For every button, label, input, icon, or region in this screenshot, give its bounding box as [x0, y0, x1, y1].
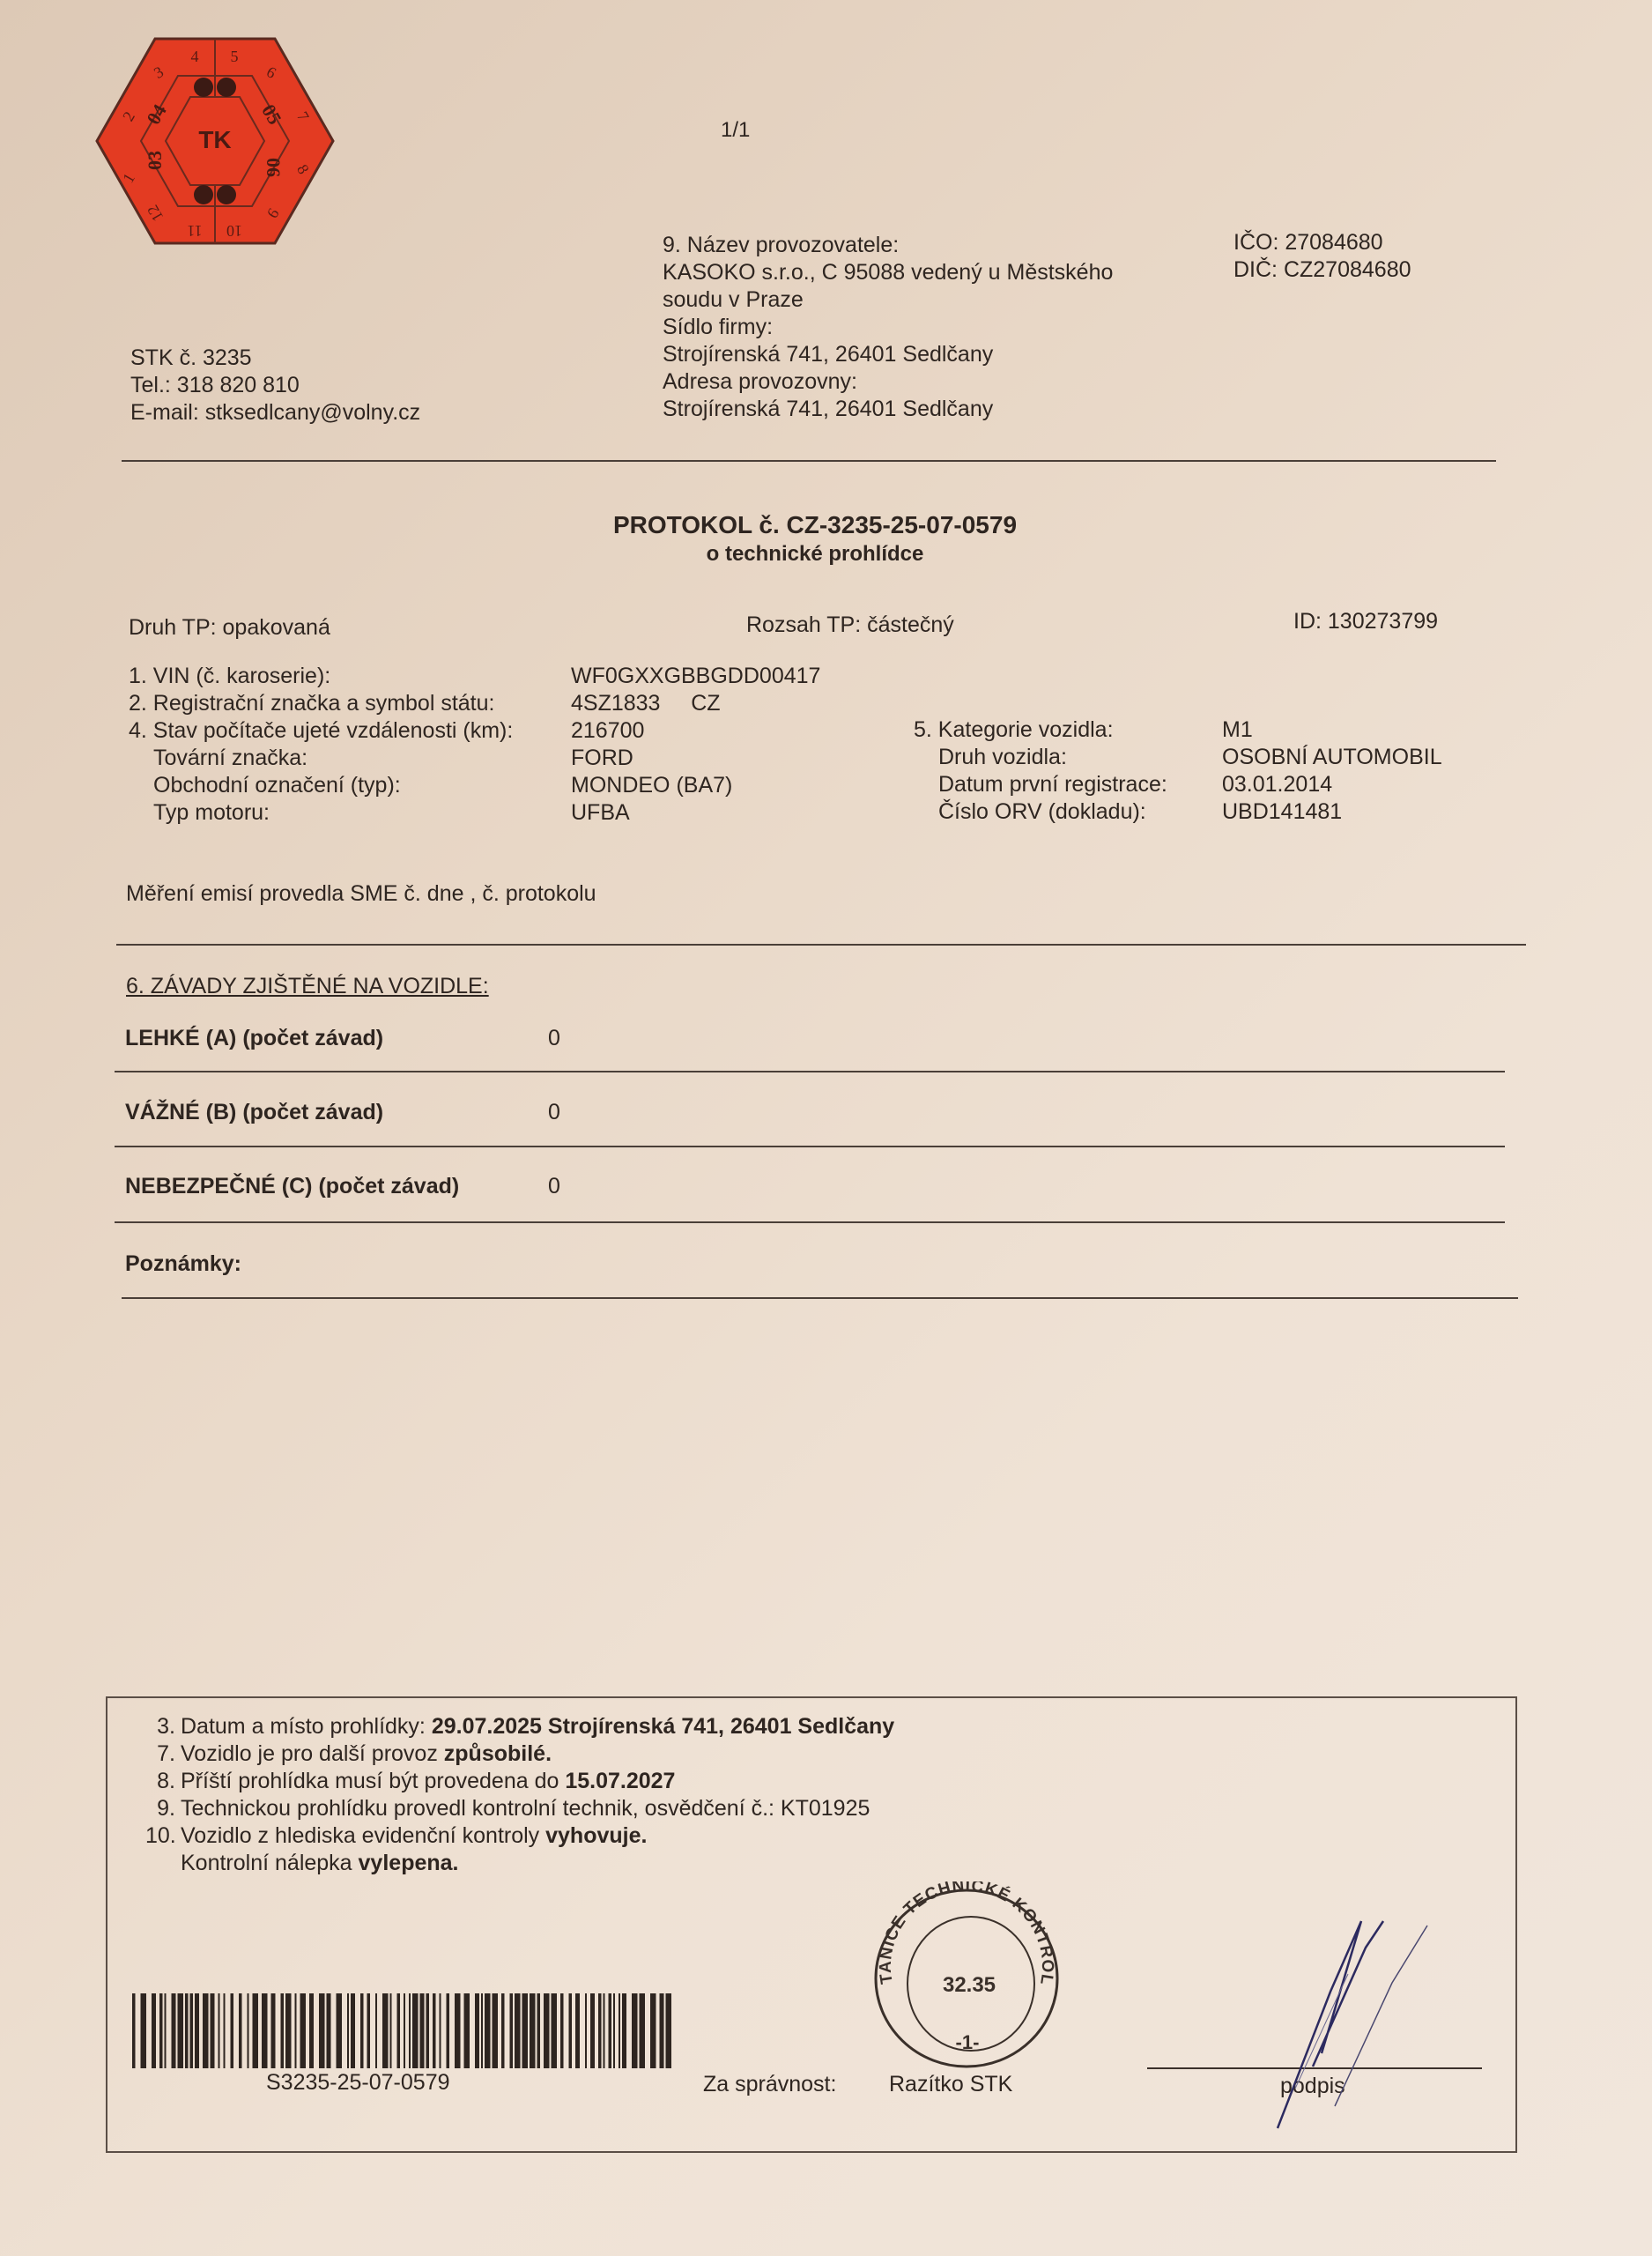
page-number: 1/1	[721, 118, 750, 143]
svg-text:5: 5	[231, 48, 239, 65]
summary-line: 3.Datum a místo prohlídky: 29.07.2025 St…	[145, 1713, 894, 1740]
za-spravnost-label: Za správnost:	[703, 2071, 836, 2098]
svg-text:03: 03	[144, 151, 166, 170]
operator-name: KASOKO s.r.o., C 95088 vedený u Městskéh…	[663, 259, 1113, 286]
vehicle-field-label: Typ motoru:	[129, 799, 571, 827]
divider	[115, 1071, 1505, 1072]
notes-label: Poznámky:	[125, 1250, 241, 1278]
defects-light-label: LEHKÉ (A) (počet závad)	[125, 1025, 383, 1052]
vehicle-field-value: MONDEO (BA7)	[571, 772, 820, 799]
summary-line: 8.Příští prohlídka musí být provedena do…	[145, 1768, 894, 1795]
vehicle-field-label: Druh vozidla:	[914, 744, 1222, 771]
protocol-id: ID: 130273799	[1293, 608, 1438, 635]
vehicle-field-label: 4. Stav počítače ujeté vzdálenosti (km):	[129, 717, 571, 745]
summary-line: 10.Vozidlo z hlediska evidenční kontroly…	[145, 1822, 894, 1850]
inspection-type: Druh TP: opakovaná	[129, 614, 330, 642]
seat-address: Strojírenská 741, 26401 Sedlčany	[663, 341, 1113, 368]
divider	[116, 944, 1526, 946]
summary-line: 9.Technickou prohlídku provedl kontrolní…	[145, 1795, 894, 1822]
svg-text:32.35: 32.35	[943, 1973, 996, 1997]
divider	[115, 1221, 1505, 1223]
operator-info: 9. Název provozovatele: KASOKO s.r.o., C…	[663, 232, 1113, 423]
operator-name-cont: soudu v Praze	[663, 286, 1113, 314]
vehicle-field-label: 1. VIN (č. karoserie):	[129, 663, 571, 690]
divider	[122, 460, 1496, 462]
vehicle-details-left: 1. VIN (č. karoserie):WF0GXXGBBGDD004172…	[129, 663, 820, 827]
vehicle-field-value: 03.01.2014	[1222, 771, 1442, 798]
station-email: E-mail: stksedlcany@volny.cz	[130, 399, 420, 427]
defects-dangerous-label: NEBEZPEČNÉ (C) (počet závad)	[125, 1173, 459, 1200]
defects-serious-count: 0	[548, 1099, 560, 1126]
svg-text:4: 4	[191, 48, 199, 65]
premises-address: Strojírenská 741, 26401 Sedlčany	[663, 396, 1113, 423]
vehicle-field-label: Tovární značka:	[129, 745, 571, 772]
inspection-scope: Rozsah TP: částečný	[746, 612, 954, 639]
station-number: STK č. 3235	[130, 345, 420, 372]
stamp-label: Razítko STK	[889, 2071, 1012, 2098]
emissions-note: Měření emisí provedla SME č. dne , č. pr…	[126, 880, 596, 908]
seat-label: Sídlo firmy:	[663, 314, 1113, 341]
vehicle-field-label: Obchodní označení (typ):	[129, 772, 571, 799]
tax-ids: IČO: 27084680 DIČ: CZ27084680	[1233, 229, 1411, 284]
vehicle-field-label: Datum první registrace:	[914, 771, 1222, 798]
station-info: STK č. 3235 Tel.: 318 820 810 E-mail: st…	[130, 345, 420, 427]
barcode-number: S3235-25-07-0579	[266, 2069, 450, 2096]
vehicle-field-value: UBD141481	[1222, 798, 1442, 826]
protocol-title: PROTOKOL č. CZ-3235-25-07-0579	[0, 511, 1630, 539]
dic: DIČ: CZ27084680	[1233, 256, 1411, 284]
vehicle-field-value: WF0GXXGBBGDD00417	[571, 663, 820, 690]
summary-line: Kontrolní nálepka vylepena.	[145, 1850, 894, 1877]
defects-heading: 6. ZÁVADY ZJIŠTĚNÉ NA VOZIDLE:	[126, 973, 489, 1000]
ico: IČO: 27084680	[1233, 229, 1411, 256]
svg-text:-1-: -1-	[956, 2031, 980, 2053]
vehicle-field-label: 5. Kategorie vozidla:	[914, 716, 1222, 744]
premises-label: Adresa provozovny:	[663, 368, 1113, 396]
vehicle-field-value: M1	[1222, 716, 1442, 744]
defects-dangerous-count: 0	[548, 1173, 560, 1200]
operator-heading: 9. Název provozovatele:	[663, 232, 1113, 259]
barcode	[132, 1993, 678, 2068]
technical-inspection-sticker: TK 123456789101112 03040506	[95, 37, 335, 245]
defects-serious-label: VÁŽNÉ (B) (počet závad)	[125, 1099, 383, 1126]
divider	[122, 1297, 1518, 1299]
inspection-summary: 3.Datum a místo prohlídky: 29.07.2025 St…	[145, 1713, 894, 1877]
defects-light-count: 0	[548, 1025, 560, 1052]
vehicle-field-label: 2. Registrační značka a symbol státu:	[129, 690, 571, 717]
signature	[1260, 1912, 1454, 2133]
vehicle-field-value: FORD	[571, 745, 820, 772]
svg-text:STANICE TECHNICKÉ KONTROLY: STANICE TECHNICKÉ KONTROLY	[868, 1881, 1056, 1986]
stk-stamp: STANICE TECHNICKÉ KONTROLY 32.35 -1-	[868, 1881, 1066, 2071]
vehicle-field-value: OSOBNÍ AUTOMOBIL	[1222, 744, 1442, 771]
station-phone: Tel.: 318 820 810	[130, 372, 420, 399]
vehicle-details-right: 5. Kategorie vozidla:M1Druh vozidla:OSOB…	[914, 716, 1442, 826]
divider	[115, 1146, 1505, 1147]
protocol-subtitle: o technické prohlídce	[0, 542, 1630, 567]
svg-text:11: 11	[187, 222, 202, 240]
summary-line: 7.Vozidlo je pro další provoz způsobilé.	[145, 1740, 894, 1768]
vehicle-field-value: 216700	[571, 717, 820, 745]
svg-text:06: 06	[263, 158, 285, 177]
vehicle-field-value: 4SZ1833 CZ	[571, 690, 820, 717]
vehicle-field-label: Číslo ORV (dokladu):	[914, 798, 1222, 826]
svg-text:TK: TK	[198, 126, 231, 153]
svg-text:10: 10	[226, 222, 242, 240]
vehicle-field-value: UFBA	[571, 799, 820, 827]
